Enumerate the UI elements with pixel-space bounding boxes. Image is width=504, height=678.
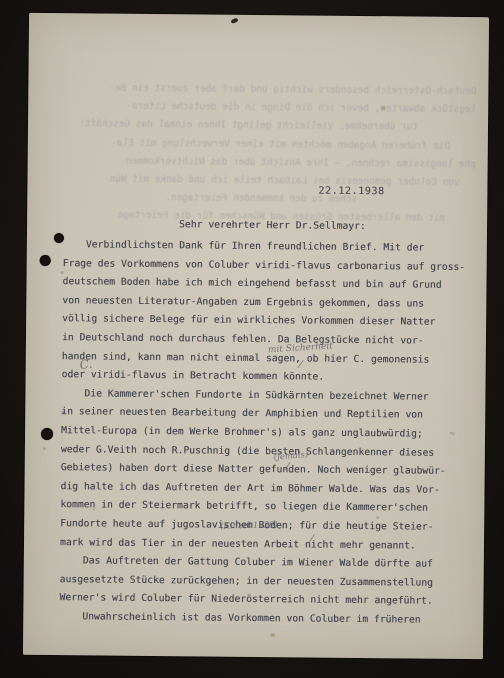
letter-page: Deutsch-Österreich besonders wichtig und… xyxy=(23,13,489,659)
punch-hole xyxy=(54,233,64,243)
letter-date: 22.12.1938 xyxy=(318,186,384,198)
paper-stain xyxy=(376,516,379,519)
stray-pencil-mark: ´ xyxy=(90,508,95,519)
paper-stain xyxy=(43,447,46,450)
paper-fleck xyxy=(231,18,239,25)
paper-stain xyxy=(381,106,385,110)
letter-body: Verbindlichsten Dank für Ihren freundlic… xyxy=(59,236,479,630)
handwritten-note-kinzel-1929: (Kinzel 1929) xyxy=(220,520,278,531)
paper-stain xyxy=(270,633,275,637)
handwritten-note-c-insert: C. xyxy=(79,357,93,373)
body-line: Unwahrscheinlich ist das Vorkommen von C… xyxy=(59,608,475,631)
margin-asterisk-mark: ∗ xyxy=(60,408,66,417)
bleed-through-text: Deutsch-Österreich besonders wichtig und… xyxy=(41,79,476,229)
letter-photograph: Deutsch-Österreich besonders wichtig und… xyxy=(0,0,504,678)
punch-hole xyxy=(41,428,53,440)
punch-hole xyxy=(40,255,51,266)
paper-stain xyxy=(61,271,64,274)
margin-scribble-mark: ≈ xyxy=(449,428,457,438)
salutation: Sehr verehrter Herr Dr.Sellmayr: xyxy=(179,219,366,232)
